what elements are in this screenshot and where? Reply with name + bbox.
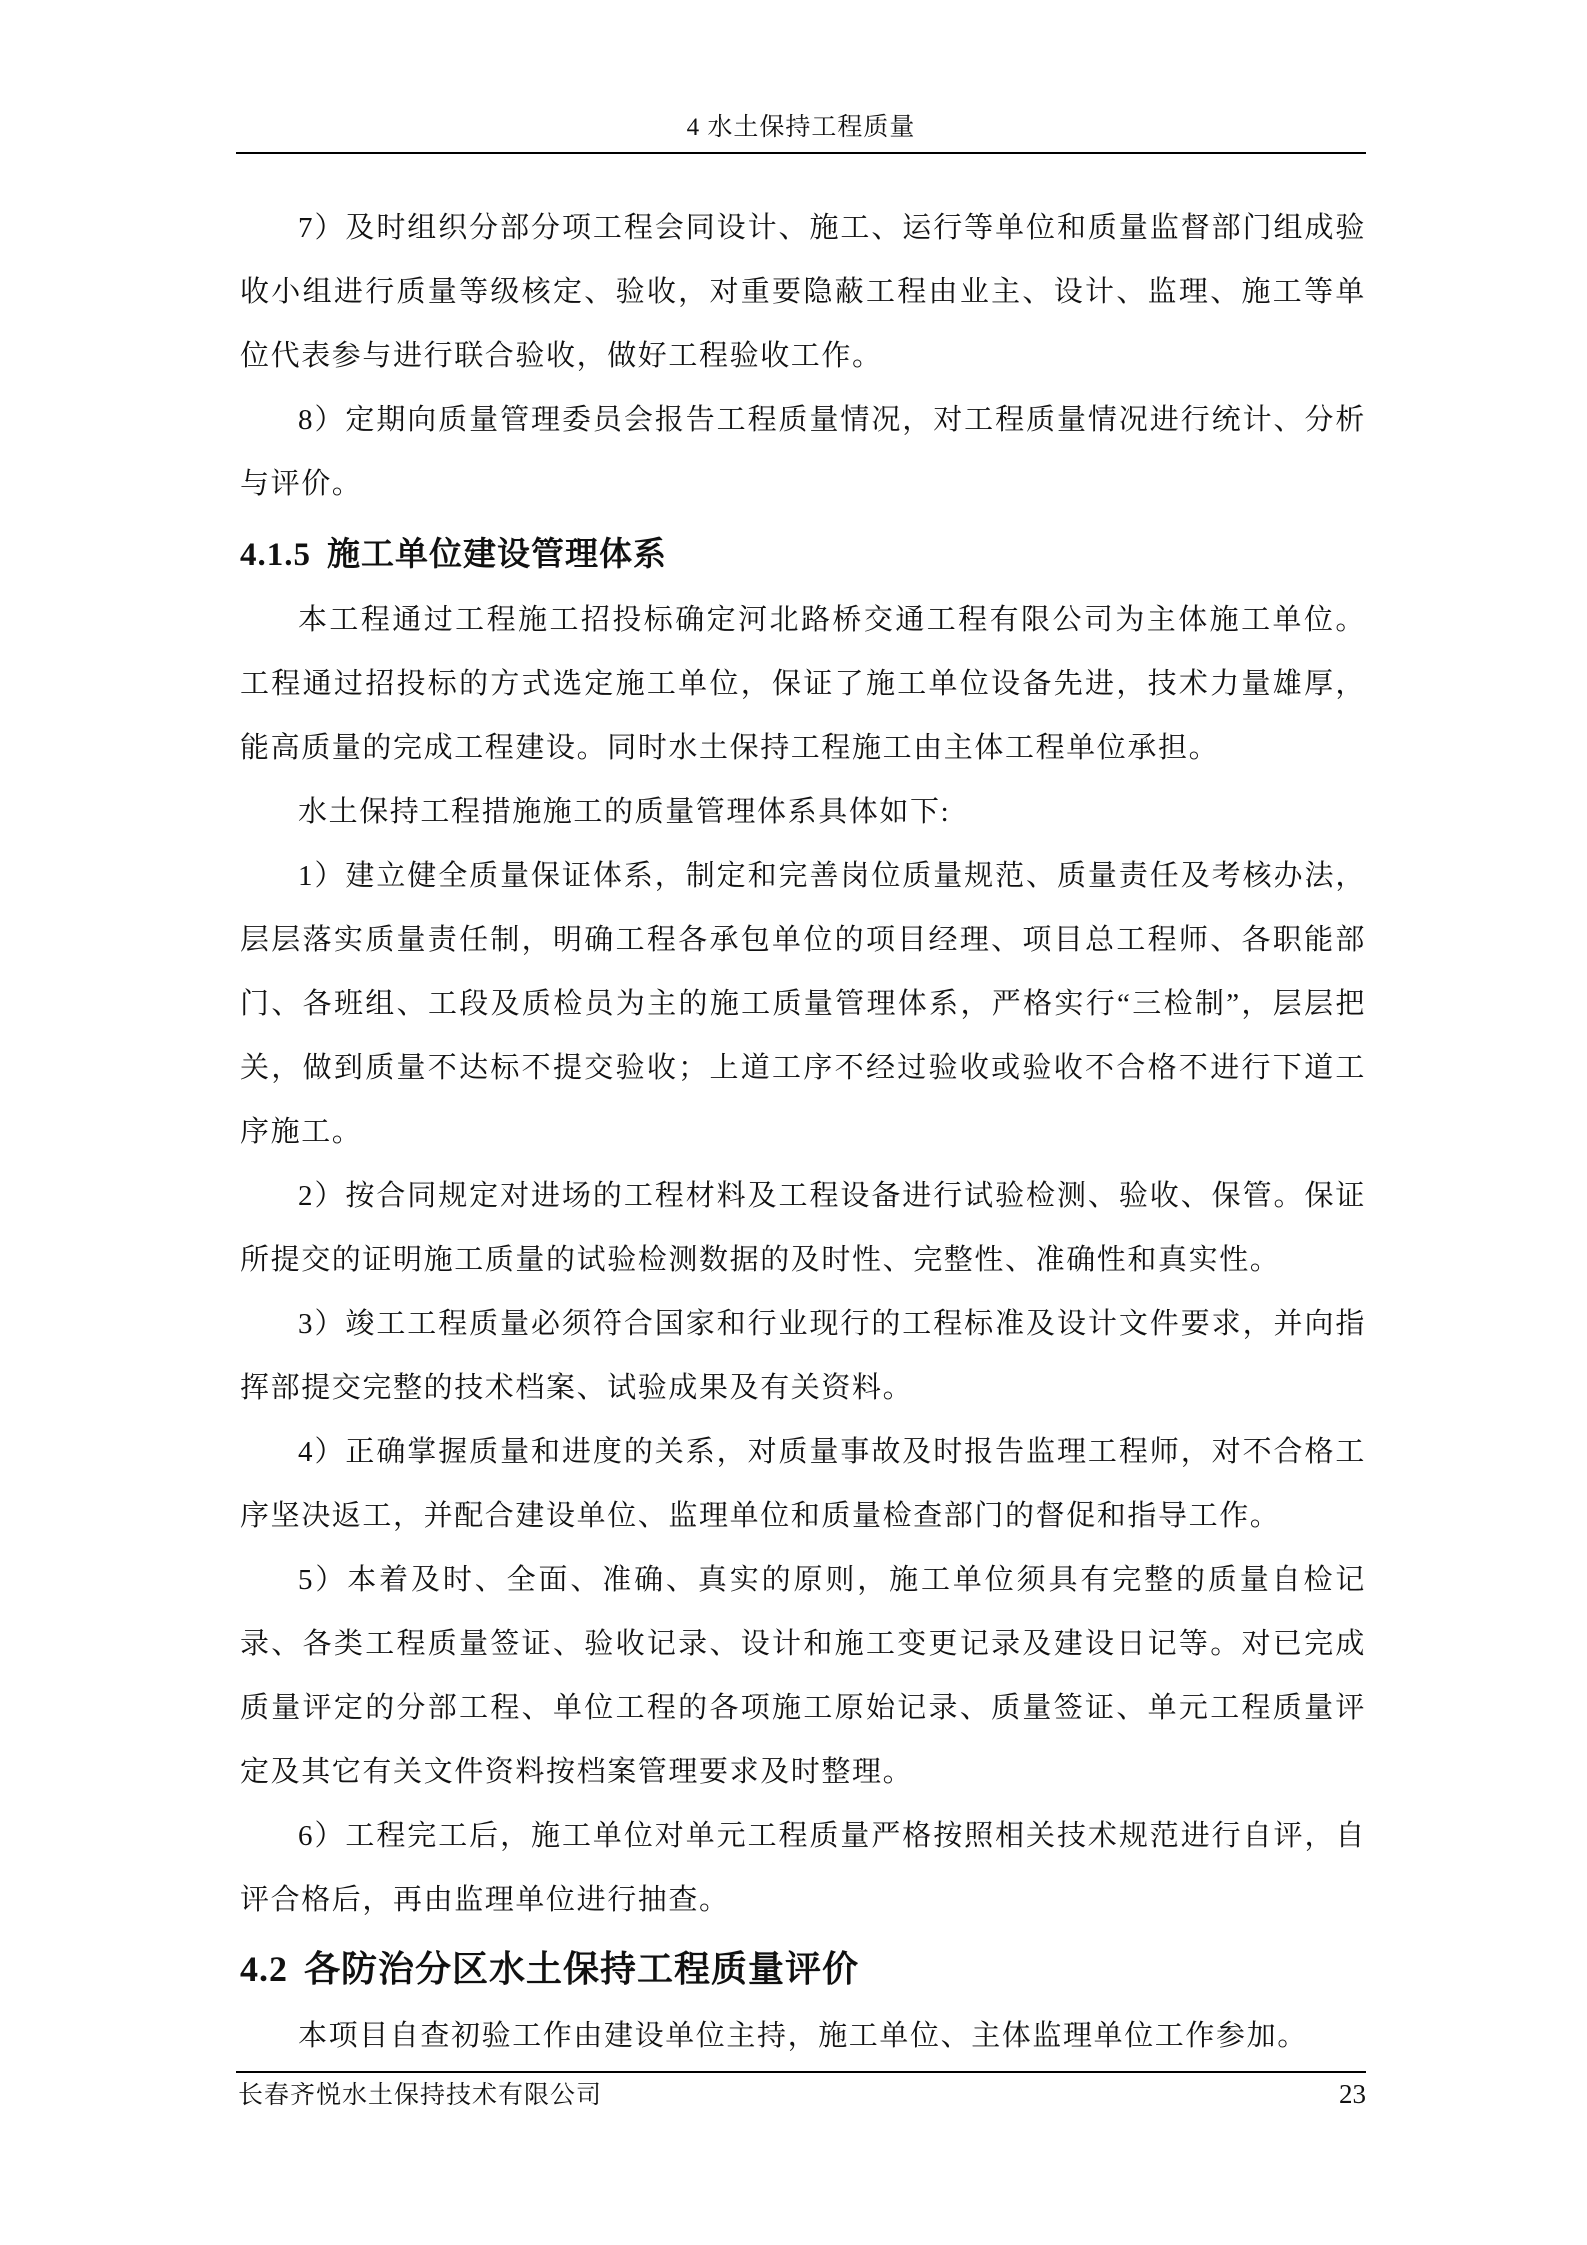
list-item-5: 5）本着及时、全面、准确、真实的原则，施工单位须具有完整的质量自检记录、各类工程… [240, 1548, 1366, 1804]
page-number: 23 [1310, 2077, 1366, 2111]
paragraph-item-8: 8）定期向质量管理委员会报告工程质量情况，对工程质量情况进行统计、分析与评价。 [240, 388, 1366, 516]
section-heading-4-2: 4.2各防治分区水土保持工程质量评价 [240, 1934, 1366, 2004]
paragraph-intro: 本工程通过工程施工招投标确定河北路桥交通工程有限公司为主体施工单位。工程通过招投… [240, 588, 1366, 780]
list-item-1: 1）建立健全质量保证体系，制定和完善岗位质量规范、质量责任及考核办法，层层落实质… [240, 844, 1366, 1164]
section-heading-4-1-5: 4.1.5施工单位建设管理体系 [240, 522, 1366, 588]
document-body: 7）及时组织分部分项工程会同设计、施工、运行等单位和质量监督部门组成验收小组进行… [240, 196, 1366, 2068]
list-item-6: 6）工程完工后，施工单位对单元工程质量严格按照相关技术规范进行自评，自评合格后，… [240, 1804, 1366, 1932]
header-rule [236, 152, 1366, 154]
section-number: 4.1.5 [240, 537, 311, 573]
section-title: 施工单位建设管理体系 [327, 537, 667, 573]
list-item-3: 3）竣工工程质量必须符合国家和行业现行的工程标准及设计文件要求，并向指挥部提交完… [240, 1292, 1366, 1420]
page-header-chapter-title: 4 水土保持工程质量 [236, 112, 1366, 144]
section-number: 4.2 [240, 1949, 288, 1989]
footer-rule [236, 2071, 1366, 2073]
section-title: 各防治分区水土保持工程质量评价 [304, 1949, 859, 1989]
list-item-2: 2）按合同规定对进场的工程材料及工程设备进行试验检测、验收、保管。保证所提交的证… [240, 1164, 1366, 1292]
paragraph-item-7: 7）及时组织分部分项工程会同设计、施工、运行等单位和质量监督部门组成验收小组进行… [240, 196, 1366, 388]
list-item-4: 4）正确掌握质量和进度的关系，对质量事故及时报告监理工程师，对不合格工序坚决返工… [240, 1420, 1366, 1548]
footer-company-name: 长春齐悦水土保持技术有限公司 [238, 2080, 602, 2112]
paragraph-intro: 本项目自查初验工作由建设单位主持，施工单位、主体监理单位工作参加。 [240, 2004, 1366, 2068]
paragraph-lead: 水土保持工程措施施工的质量管理体系具体如下: [240, 780, 1366, 844]
